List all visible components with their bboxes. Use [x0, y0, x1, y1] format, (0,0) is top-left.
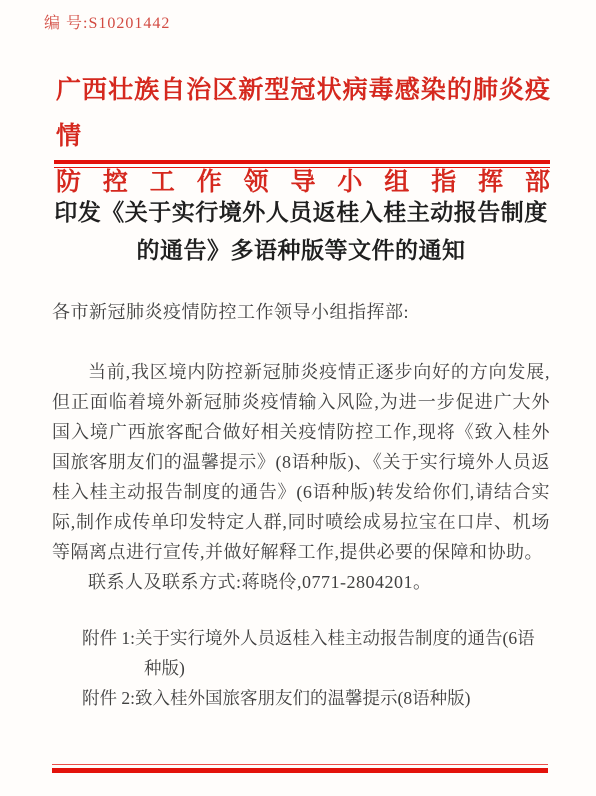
separator-thin-line [54, 167, 550, 168]
salutation-line: 各市新冠肺炎疫情防控工作领导小组指挥部: [52, 297, 550, 327]
footer-separator [52, 764, 548, 773]
contact-info-line: 联系人及联系方式:蒋晓伶,0771-2804201。 [52, 567, 550, 597]
document-title: 印发《关于实行境外人员返桂入桂主动报告制度的通告》多语种版等文件的通知 [50, 194, 552, 270]
document-page: 编 号:S10201442 广西壮族自治区新型冠状病毒感染的肺炎疫情 防控工作领… [0, 0, 596, 796]
document-body: 各市新冠肺炎疫情防控工作领导小组指挥部: 当前,我区境内防控新冠肺炎疫情正逐步向… [52, 297, 550, 713]
separator-thick-line [52, 768, 548, 773]
separator-thin-line [52, 764, 548, 765]
letterhead-org-title: 广西壮族自治区新型冠状病毒感染的肺炎疫情 防控工作领导小组指挥部 [56, 68, 550, 206]
document-number: 编 号:S10201442 [44, 10, 170, 33]
header-separator [54, 160, 550, 168]
attachment-item-1: 附件 1:关于实行境外人员返桂入桂主动报告制度的通告(6语种版) [82, 623, 550, 683]
attachment-item-2: 附件 2:致入桂外国旅客朋友们的温馨提示(8语种版) [82, 683, 550, 713]
attachments-list: 附件 1:关于实行境外人员返桂入桂主动报告制度的通告(6语种版) 附件 2:致入… [82, 623, 550, 713]
separator-thick-line [54, 160, 550, 164]
org-title-line1: 广西壮族自治区新型冠状病毒感染的肺炎疫情 [56, 68, 550, 160]
main-paragraph: 当前,我区境内防控新冠肺炎疫情正逐步向好的方向发展,但正面临着境外新冠肺炎疫情输… [52, 357, 550, 567]
